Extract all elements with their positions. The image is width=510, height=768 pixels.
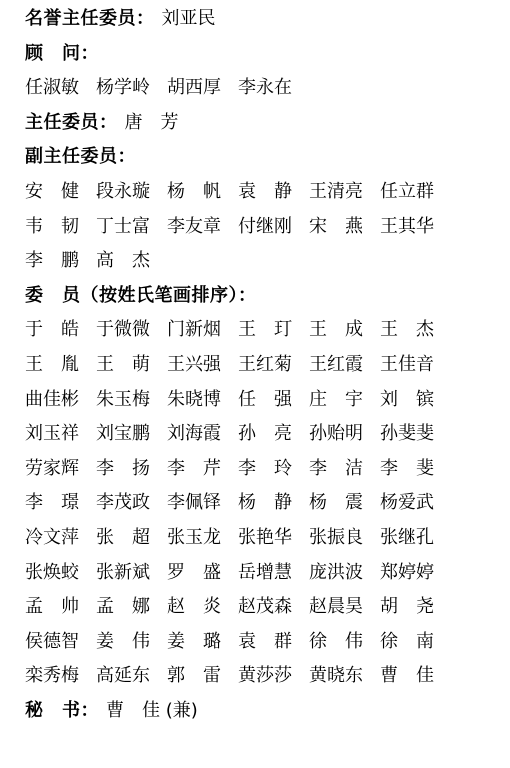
advisors-label: 顾 问：: [25, 43, 99, 64]
member-name: 袁 静: [238, 175, 292, 210]
secretary-label: 秘 书：: [25, 700, 99, 721]
member-name: 任 强: [238, 383, 292, 418]
member-name: 杨 静: [238, 486, 292, 521]
member-name: 高 杰: [96, 244, 150, 279]
members-row-4: 刘玉祥刘宝鹏刘海霞孙 亮孙贻明孙斐斐: [25, 417, 502, 452]
member-name: 孙斐斐: [380, 417, 434, 452]
member-name: 李 洁: [309, 452, 363, 487]
member-name: 王其华: [380, 210, 434, 245]
honorary-director-label: 名誉主任委员：: [25, 8, 155, 29]
member-name: 张新斌: [96, 556, 150, 591]
member-name: 王佳音: [380, 348, 434, 383]
member-name: 赵 炎: [167, 590, 221, 625]
members-row-8: 张焕蛟张新斌罗 盛岳增慧庞洪波郑婷婷: [25, 556, 502, 591]
member-name: 袁 群: [238, 625, 292, 660]
deputy-directors-label-line: 副主任委员：: [25, 140, 502, 175]
member-name: 孙贻明: [309, 417, 363, 452]
member-name: 张 超: [96, 521, 150, 556]
member-name: 朱晓博: [167, 383, 221, 418]
members-label-line: 委 员（按姓氏笔画排序）：: [25, 279, 502, 314]
members-row-3: 曲佳彬朱玉梅朱晓博任 强庄 宇刘 镔: [25, 383, 502, 418]
member-name: 徐 南: [380, 625, 434, 660]
member-name: 李 斐: [380, 452, 434, 487]
member-name: 孙 亮: [238, 417, 292, 452]
member-name: 栾秀梅: [25, 659, 79, 694]
member-name: 王 萌: [96, 348, 150, 383]
member-name: 王兴强: [167, 348, 221, 383]
member-name: 于 皓: [25, 313, 79, 348]
member-name: 王红菊: [238, 348, 292, 383]
member-name: 王清亮: [309, 175, 363, 210]
member-name: 朱玉梅: [96, 383, 150, 418]
members-row-9: 孟 帅孟 娜赵 炎赵茂森赵晨昊胡 尧: [25, 590, 502, 625]
member-name: 孟 娜: [96, 590, 150, 625]
member-name: 侯德智: [25, 625, 79, 660]
member-name: 姜 伟: [96, 625, 150, 660]
advisors-names-row: 任淑敏杨学岭胡西厚李永在: [25, 71, 502, 106]
members-label: 委 员（按姓氏笔画排序）：: [25, 285, 257, 306]
member-name: 李 璟: [25, 486, 79, 521]
member-name: 李永在: [238, 71, 292, 106]
member-name: 刘海霞: [167, 417, 221, 452]
member-name: 李 芹: [167, 452, 221, 487]
member-name: 刘玉祥: [25, 417, 79, 452]
member-name: 曹 佳: [380, 659, 434, 694]
member-name: 劳家辉: [25, 452, 79, 487]
member-name: 李 鹏: [25, 244, 79, 279]
member-name: 张焕蛟: [25, 556, 79, 591]
member-name: 黄莎莎: [238, 659, 292, 694]
member-name: 岳增慧: [238, 556, 292, 591]
member-name: 罗 盛: [167, 556, 221, 591]
members-row-1: 于 皓于微微门新烟王 玎王 成王 杰: [25, 313, 502, 348]
deputy-directors-row-1: 安 健段永璇杨 帆袁 静王清亮任立群: [25, 175, 502, 210]
member-name: 王 成: [309, 313, 363, 348]
member-name: 徐 伟: [309, 625, 363, 660]
member-name: 张振良: [309, 521, 363, 556]
member-name: 任立群: [380, 175, 434, 210]
member-name: 胡西厚: [167, 71, 221, 106]
member-name: 丁士富: [96, 210, 150, 245]
member-name: 刘宝鹏: [96, 417, 150, 452]
member-name: 张继孔: [380, 521, 434, 556]
member-name: 庞洪波: [309, 556, 363, 591]
member-name: 刘 镔: [380, 383, 434, 418]
member-name: 段永璇: [96, 175, 150, 210]
honorary-director-name: 刘亚民: [162, 8, 216, 29]
member-name: 曲佳彬: [25, 383, 79, 418]
member-name: 赵茂森: [238, 590, 292, 625]
honorary-director-line: 名誉主任委员：刘亚民: [25, 2, 502, 37]
members-row-2: 王 胤王 萌王兴强王红菊王红霞王佳音: [25, 348, 502, 383]
member-name: 李茂政: [96, 486, 150, 521]
member-name: 王 胤: [25, 348, 79, 383]
member-name: 姜 璐: [167, 625, 221, 660]
member-name: 任淑敏: [25, 71, 79, 106]
member-name: 赵晨昊: [309, 590, 363, 625]
advisors-label-line: 顾 问：: [25, 37, 502, 72]
member-name: 李 玲: [238, 452, 292, 487]
members-row-7: 冷文萍张 超张玉龙张艳华张振良张继孔: [25, 521, 502, 556]
deputy-directors-row-3: 李 鹏高 杰: [25, 244, 502, 279]
secretary-name: 曹 佳 (兼): [106, 700, 198, 721]
members-row-6: 李 璟李茂政李佩铎杨 静杨 震杨爱武: [25, 486, 502, 521]
members-row-11: 栾秀梅高延东郭 雷黄莎莎黄晓东曹 佳: [25, 659, 502, 694]
member-name: 宋 燕: [309, 210, 363, 245]
member-name: 郑婷婷: [380, 556, 434, 591]
member-name: 付继刚: [238, 210, 292, 245]
director-label: 主任委员：: [25, 112, 118, 133]
members-row-5: 劳家辉李 扬李 芹李 玲李 洁李 斐: [25, 452, 502, 487]
member-name: 张玉龙: [167, 521, 221, 556]
member-name: 胡 尧: [380, 590, 434, 625]
deputy-directors-row-2: 韦 韧丁士富李友章付继刚宋 燕王其华: [25, 210, 502, 245]
member-name: 于微微: [96, 313, 150, 348]
member-name: 张艳华: [238, 521, 292, 556]
members-row-10: 侯德智姜 伟姜 璐袁 群徐 伟徐 南: [25, 625, 502, 660]
member-name: 郭 雷: [167, 659, 221, 694]
deputy-directors-label: 副主任委员：: [25, 146, 136, 167]
member-name: 王红霞: [309, 348, 363, 383]
member-name: 杨 帆: [167, 175, 221, 210]
member-name: 杨 震: [309, 486, 363, 521]
member-name: 黄晓东: [309, 659, 363, 694]
member-name: 李佩铎: [167, 486, 221, 521]
member-name: 韦 韧: [25, 210, 79, 245]
member-name: 冷文萍: [25, 521, 79, 556]
committee-roster-document: 名誉主任委员：刘亚民 顾 问： 任淑敏杨学岭胡西厚李永在 主任委员：唐 芳 副主…: [0, 0, 510, 728]
member-name: 庄 宇: [309, 383, 363, 418]
secretary-line: 秘 书：曹 佳 (兼): [25, 694, 502, 729]
member-name: 安 健: [25, 175, 79, 210]
director-line: 主任委员：唐 芳: [25, 106, 502, 141]
member-name: 孟 帅: [25, 590, 79, 625]
member-name: 杨学岭: [96, 71, 150, 106]
member-name: 王 杰: [380, 313, 434, 348]
member-name: 杨爱武: [380, 486, 434, 521]
member-name: 李 扬: [96, 452, 150, 487]
director-name: 唐 芳: [125, 112, 179, 133]
member-name: 高延东: [96, 659, 150, 694]
member-name: 门新烟: [167, 313, 221, 348]
member-name: 李友章: [167, 210, 221, 245]
member-name: 王 玎: [238, 313, 292, 348]
